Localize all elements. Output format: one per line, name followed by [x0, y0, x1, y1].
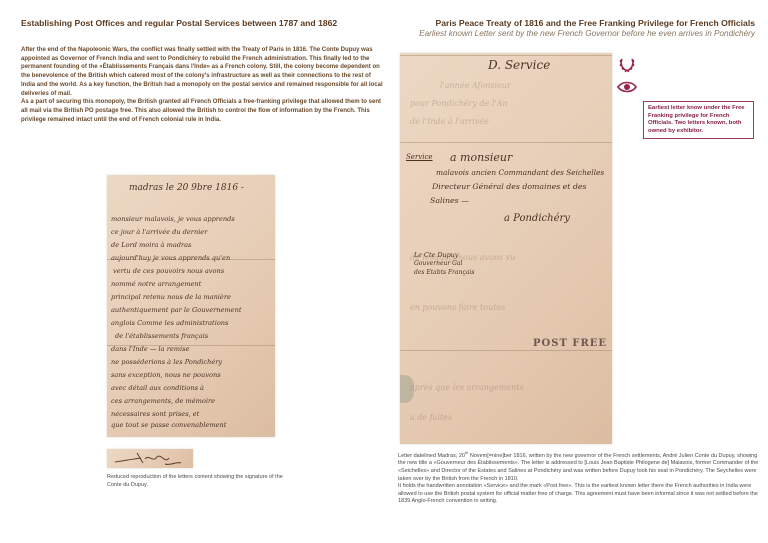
address-line: a monsieur — [450, 151, 512, 164]
seal-remnant — [400, 375, 414, 403]
bleed-through-text: de l'Inde à l'arrivée — [410, 117, 489, 126]
handwriting-line: avec détail aux conditions à — [111, 384, 204, 392]
service-annotation: Service — [406, 153, 433, 161]
handwriting-line: anglois Comme les administrations — [111, 319, 228, 327]
intro-text: After the end of the Napoleonic Wars, th… — [21, 46, 383, 124]
bleed-through-text: pour Pondichéry de l'An — [410, 99, 508, 108]
letter-dateline: madras le 20 9bre 1816 - — [129, 183, 244, 193]
letter-cover-image: l'année Afonsieur pour Pondichéry de l'A… — [400, 53, 612, 444]
eye-icon — [617, 80, 637, 94]
page-title-right: Paris Peace Treaty of 1816 and the Free … — [435, 18, 755, 28]
address-line: malavois ancien Commandant des Seichelle… — [436, 168, 604, 177]
handwriting-line: vertu de ces pouvoirs nous avons — [113, 267, 224, 275]
bleed-through-text: a de faites — [410, 413, 452, 422]
handwriting-line: dans l'Inde — la remise — [111, 345, 189, 353]
intro-paragraph-2: As a part of securing this monopoly, the… — [21, 98, 383, 124]
service-mark-top: D. Service — [488, 58, 550, 72]
bleed-through-text: l'année Afonsieur — [440, 81, 511, 90]
letter-caption-paragraph-2: It holds the handwritten annotation «Ser… — [398, 483, 760, 506]
page-subtitle-right: Earliest known Letter sent by the new Fr… — [419, 29, 755, 38]
bleed-through-text: en pouvons faire toutes — [410, 303, 505, 312]
handwriting-line: que tout se passe convenablement — [111, 421, 226, 429]
handwriting-line: de l'établissements français — [115, 332, 208, 340]
page-title-left: Establishing Post Offices and regular Po… — [21, 18, 337, 28]
handwriting-line: nommé notre arrangement — [111, 280, 201, 288]
intro-paragraph-1: After the end of the Napoleonic Wars, th… — [21, 46, 383, 98]
caption-text: Letter datelined Madras, 20 — [398, 453, 465, 459]
sender-note-line: des Etabts Français — [414, 269, 474, 276]
post-free-stamp: POST FREE — [533, 338, 607, 349]
handwriting-line: monsieur malavois, je vous apprends — [111, 215, 235, 223]
address-line: Salines — — [430, 196, 469, 205]
letter-caption-paragraph-1: Letter datelined Madras, 20th Novem[=nin… — [398, 449, 760, 483]
handwriting-line: sans exception, nous ne pouvons — [111, 371, 221, 379]
handwriting-line: ne posséderions à les Pondichéry — [111, 358, 222, 366]
handwriting-line: principal retenu nous de la manière — [111, 293, 231, 301]
address-line: Directeur Général des domaines et des — [432, 182, 587, 191]
address-line: a Pondichéry — [504, 213, 570, 224]
handwriting-line: de Lord moira à madras — [111, 241, 191, 249]
handwriting-line: aujourd'huy je vous apprends qu'en — [111, 254, 230, 262]
signature-caption: Reduced reproduction of the letters cont… — [107, 474, 293, 489]
signature-icon — [107, 449, 193, 468]
exhibit-note: Earliest letter know under the Free Fran… — [643, 101, 754, 139]
sender-note-line: Gouverneur Gal — [414, 260, 462, 267]
wreath-icon — [618, 56, 636, 74]
letter-content-image: madras le 20 9bre 1816 - monsieur malavo… — [107, 175, 275, 437]
handwriting-line: ce jour à l'arrivée du dernier — [111, 228, 207, 236]
handwriting-line: nécessaires sont prises, et — [111, 410, 199, 418]
sender-note-line: Le Cte Dupuy — [414, 251, 458, 259]
letter-caption: Letter datelined Madras, 20th Novem[=nin… — [398, 449, 760, 506]
bleed-through-text: après que les arrangements — [410, 383, 524, 392]
handwriting-line: ces arrangements, de mémoire — [111, 397, 215, 405]
signature-thumbnail — [107, 449, 193, 468]
handwriting-line: authentiquement par le Gouvernement — [111, 306, 241, 314]
